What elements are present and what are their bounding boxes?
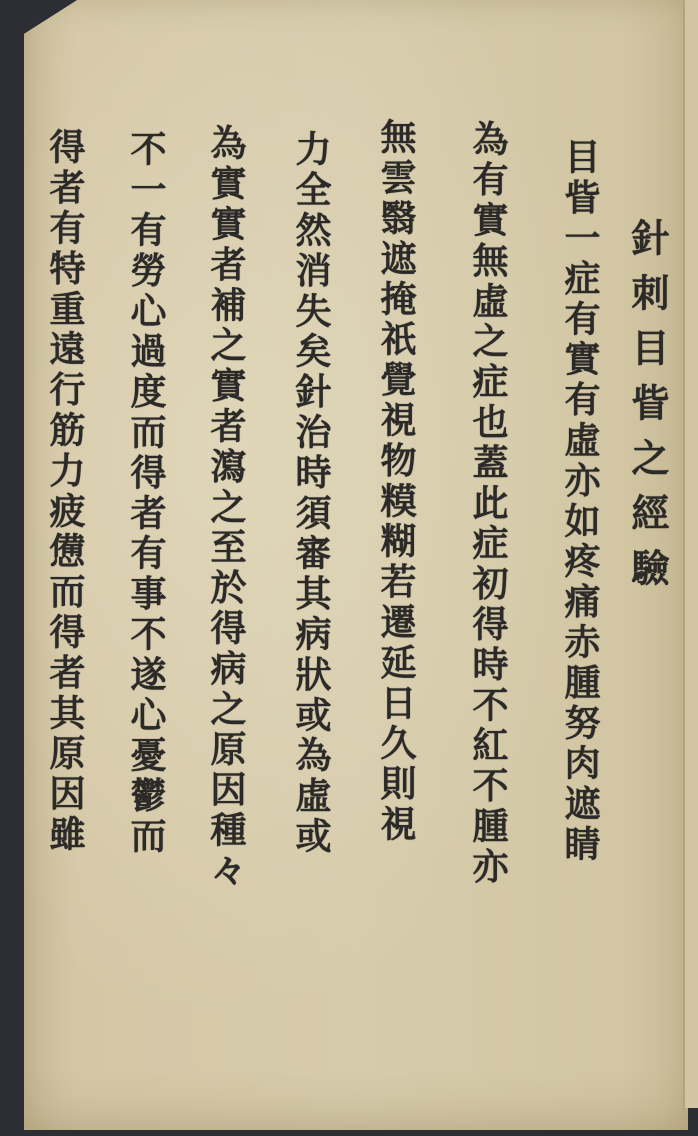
text-column-5: 為實實者補之實者瀉之至於得病之原因種々 [208,124,244,892]
text-column-1: 目眥一症有實有虛亦如疼痛赤腫努肉遮睛 [562,138,598,865]
document-title: 針刺目眥之經驗 [628,218,666,603]
text-column-3: 無雲翳遮掩祇覺視物糢糊若遷延日久則視 [378,118,414,845]
text-column-4: 力全然消失矣針治時須審其病狀或為虛或 [293,130,329,857]
text-column-7: 得者有特重遠行筋力疲憊而得者其原因雖 [47,128,83,855]
adjacent-page-edge [685,0,698,1108]
text-column-6: 不一有勞心過度而得者有事不遂心憂鬱而 [128,130,164,857]
text-column-2: 為有實無虛之症也蓋此症初得時不紅不腫亦 [470,120,506,888]
